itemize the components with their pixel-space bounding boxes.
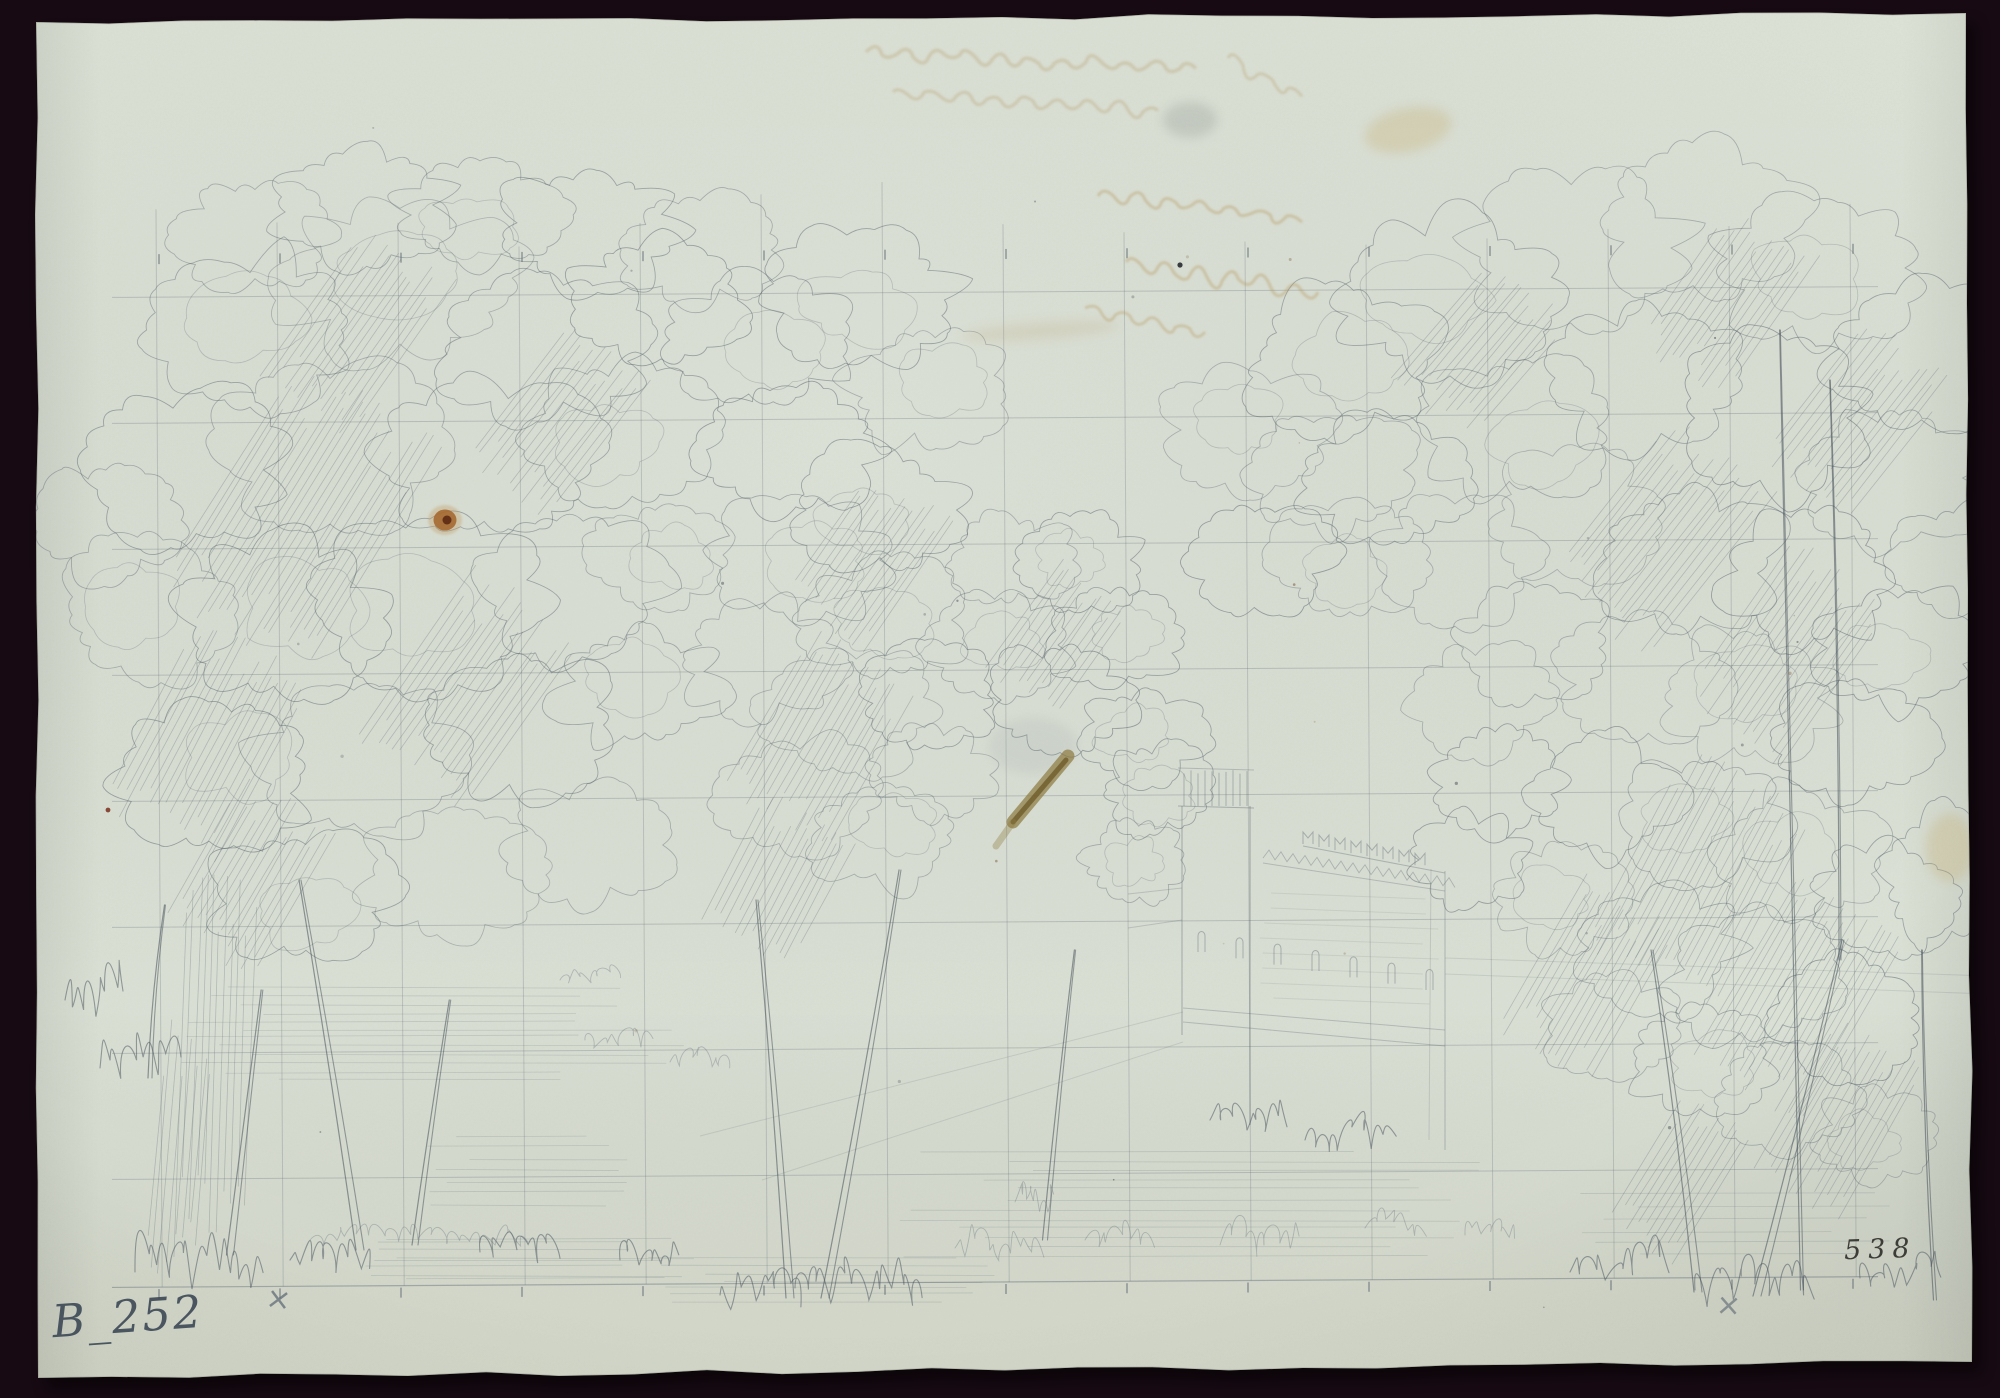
paper-surface [0, 0, 2000, 1398]
artwork-canvas [0, 0, 2000, 1398]
scanned-drawing: B_252 538 × × [0, 0, 2000, 1398]
